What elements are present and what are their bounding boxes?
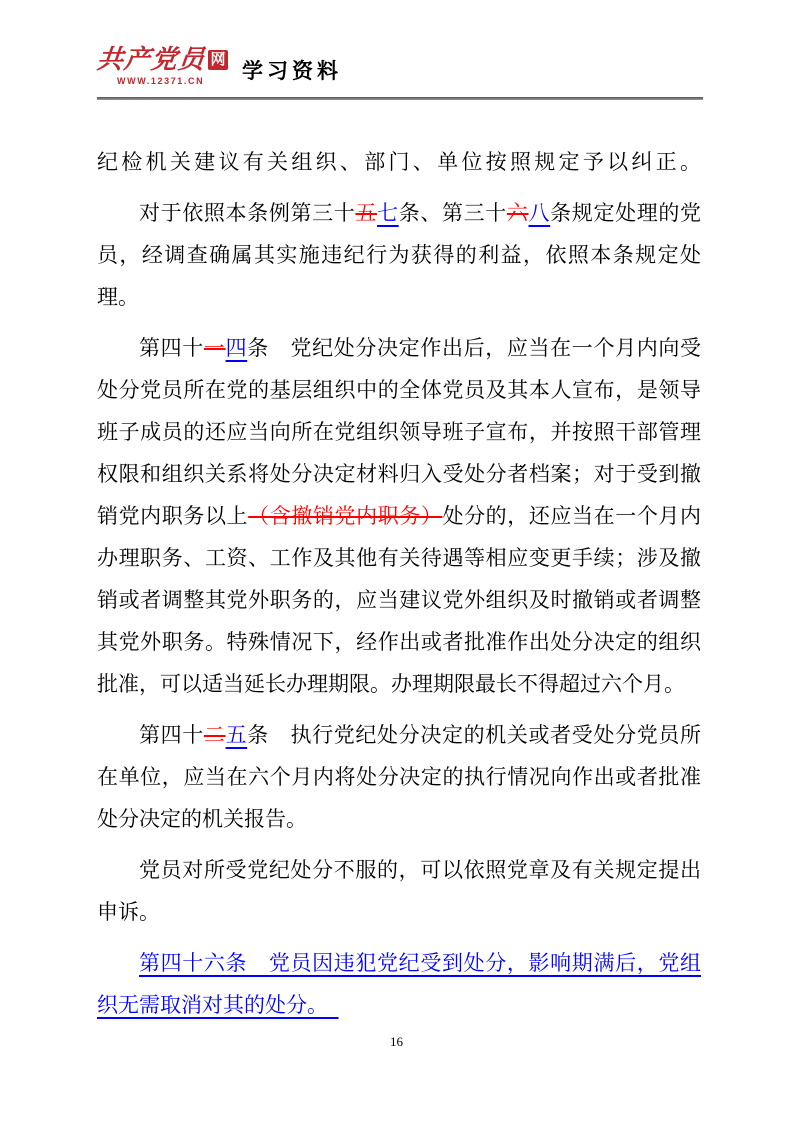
paragraph: 纪检机关建议有关组织、部门、单位按照规定予以纠正。 [97,141,701,183]
paragraph: 第四十二五条 执行党纪处分决定的机关或者受处分党员所在单位，应当在六个月内将处分… [97,714,701,840]
text-run: 第四十 [139,723,204,747]
logo-row: 共产党员 网 [97,46,228,74]
header-title: 学习资料 [242,55,342,85]
page-number: 16 [390,1034,403,1049]
paragraph: 第四十六条 党员因违犯党纪受到处分，影响期满后，党组织无需取消对其的处分。 [97,942,701,1026]
inserted-text: 第四十六条 党员因违犯党纪受到处分，影响期满后，党组织无需取消对其的处分。 [97,951,701,1017]
text-run: 党员对所受党纪处分不服的，可以依照党章及有关规定提出申诉。 [97,858,701,924]
page-header: 共产党员 网 WWW.12371.CN 学习资料 [97,46,703,86]
logo-calligraphy: 共产党员 [96,46,207,74]
inserted-text: 七 [377,201,399,225]
inserted-text: 五 [226,723,248,747]
logo-url: WWW.12371.CN [117,76,228,86]
header-divider [97,97,703,100]
deleted-text: （含撤销党内职务） [248,504,442,528]
document-page: 共产党员 网 WWW.12371.CN 学习资料 纪检机关建议有关组织、部门、单… [0,0,793,1122]
logo-net-badge: 网 [208,50,228,70]
text-run: 对于依照本条例第三十 [139,201,355,225]
paragraph: 对于依照本条例第三十五七条、第三十六八条规定处理的党员，经调查确属其实施违纪行为… [97,192,701,318]
text-run: 处分的，还应当在一个月内办理职务、工资、工作及其他有关待遇等相应变更手续；涉及撤… [97,504,701,696]
deleted-text: 二 [204,723,226,747]
deleted-text: 六 [507,201,529,225]
logo: 共产党员 网 WWW.12371.CN [97,46,228,86]
text-run: 纪检机关建议有关组织、部门、单位按照规定予以纠正。 [97,150,701,174]
paragraph: 党员对所受党纪处分不服的，可以依照党章及有关规定提出申诉。 [97,849,701,933]
text-run: 条、第三十 [399,201,507,225]
text-run: 条 党纪处分决定作出后，应当在一个月内向受处分党员所在党的基层组织中的全体党员及… [97,336,701,528]
deleted-text: 一 [204,336,226,360]
document-body: 纪检机关建议有关组织、部门、单位按照规定予以纠正。对于依照本条例第三十五七条、第… [97,141,701,1026]
text-run: 第四十 [139,336,204,360]
deleted-text: 五 [355,201,377,225]
inserted-text: 八 [529,201,551,225]
inserted-text: 四 [226,336,248,360]
page-footer: 16 [0,1034,793,1050]
paragraph: 第四十一四条 党纪处分决定作出后，应当在一个月内向受处分党员所在党的基层组织中的… [97,327,701,705]
